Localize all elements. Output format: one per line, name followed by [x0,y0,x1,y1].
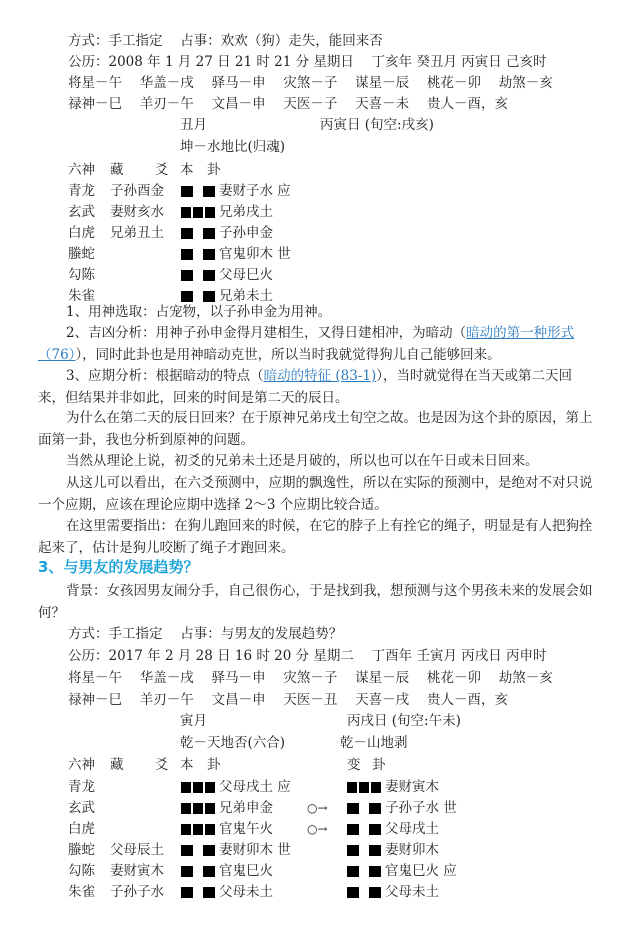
hidden-cell: 兄弟丑土 [110,223,164,243]
yao-label: 兄弟申金 [219,798,273,818]
case2-day: 丙戌日 (旬空:午未) [347,711,461,731]
bian-yao-label: 父母未土 [385,882,439,902]
header-yao: 爻 [155,160,169,180]
yao-label: 妻财卯木 世 [219,840,291,860]
header-gua: 卦 [207,755,221,775]
case1-stars-line2: 禄神－巳 羊刃－午 文昌－申 天医－子 天喜－未 贵人－酉，亥 [68,94,508,114]
hidden-cell: 妻财亥水 [110,202,164,222]
case2-method-line: 方式：手工指定 占事：与男友的发展趋势？ [68,624,342,644]
header-yao: 爻 [155,755,169,775]
yao-label: 父母戌土 应 [219,777,291,797]
header-ben: 本 [180,755,194,775]
yin-line-icon [347,803,381,814]
paragraph-why-chen-day: 为什么在第二天的辰日回来？在于原神兄弟戌土旬空之故。也是因为这个卦的原因，第上面… [38,408,598,451]
liushen-cell: 朱雀 [68,882,95,902]
yin-line-icon [347,824,381,835]
yin-line-icon [347,845,381,856]
yao-label: 父母未土 [219,882,273,902]
link-andong-feature[interactable]: 暗动的特征 (83-1) [264,368,377,384]
bian-yao-label: 子孙子水 世 [385,798,457,818]
case2-stars-line1: 将星－午 华盖－戌 驿马－申 灾煞－子 谋星－辰 桃花－卯 劫煞－亥 [68,668,553,688]
bian-yao-label: 父母戌土 [385,819,439,839]
yin-line-icon [181,866,215,877]
hidden-cell: 父母辰土 [110,840,164,860]
paragraph-theory: 当然从理论上说，初爻的兄弟未土还是月破的，所以也可以在午日或未日回来。 [38,451,598,473]
yin-line-icon [181,291,215,302]
case1-stars-line1: 将星－午 华盖－戌 驿马－申 灾煞－子 谋星－辰 桃花－卯 劫煞－亥 [68,73,553,93]
case1-date-line: 公历：2008 年 1 月 27 日 21 时 21 分 星期日 丁亥年 癸丑月… [68,52,547,72]
liushen-cell: 螣蛇 [68,840,95,860]
hidden-cell: 子孙子水 [110,882,164,902]
case2-date-line: 公历：2017 年 2 月 28 日 16 时 20 分 星期二 丁酉年 壬寅月… [68,646,547,666]
analysis-jixiong-text-end: ），同时此卦也是用神暗动克世，所以当时我就觉得狗儿自己能够回来。 [75,347,500,363]
analysis-jixiong: 2、吉凶分析：用神子孙申金得月建相生，又得日建相冲，为暗动（暗动的第一种形式（7… [38,323,598,366]
yang-line-icon [181,207,215,218]
liushen-cell: 青龙 [68,181,95,201]
liushen-cell: 玄武 [68,798,95,818]
header-liushen: 六神 [68,160,95,180]
yao-label: 官鬼巳火 [219,861,273,881]
paragraph-yingqi-flexibility: 从这儿可以看出，在六爻预测中，应期的飘逸性，所以在实际的预测中，是绝对不对只说一… [38,473,598,516]
yang-line-icon [347,782,381,793]
yao-label: 子孙申金 [219,223,273,243]
liushen-cell: 白虎 [68,819,95,839]
case2-background: 背景：女孩因男友闹分手，自己很伤心，于是找到我，想预测与这个男孩未来的发展会如何… [38,581,598,624]
case2-bian-gua-name: 乾－山地剥 [340,733,408,753]
section-heading: 3、与男友的发展趋势？ [38,557,198,577]
case1-gua-name: 坤－水地比(归魂) [180,137,285,157]
bian-yao-label: 妻财寅木 [385,777,439,797]
yin-line-icon [181,186,215,197]
hidden-cell: 子孙酉金 [110,181,164,201]
case1-day: 丙寅日 (旬空:戌亥) [320,115,434,135]
analysis-yongshen: 1、用神选取：占宠物，以子孙申金为用神。 [38,302,598,324]
yao-label: 妻财子水 应 [219,181,291,201]
bian-yao-label: 妻财卯木 [385,840,439,860]
yang-line-icon [181,782,215,793]
header-bian: 变 [347,755,361,775]
case2-gua-name: 乾－天地否(六合) [180,733,285,753]
moving-yao-arrow-icon: ○→ [307,819,328,839]
paragraph-note-rope: 在这里需要指出：在狗儿跑回来的时候，在它的脖子上有拴它的绳子，明显是有人把狗拴起… [38,516,598,559]
liushen-cell: 勾陈 [68,861,95,881]
liushen-cell: 玄武 [68,202,95,222]
yin-line-icon [181,887,215,898]
liushen-cell: 螣蛇 [68,244,95,264]
case1-month: 丑月 [180,115,207,135]
liushen-cell: 青龙 [68,777,95,797]
case2-month: 寅月 [180,711,207,731]
header-liushen: 六神 [68,755,95,775]
liushen-cell: 勾陈 [68,265,95,285]
yang-line-icon [181,824,215,835]
header-gua: 卦 [207,160,221,180]
moving-yao-arrow-icon: ○→ [307,798,328,818]
header-cang: 藏 [110,755,124,775]
hidden-cell: 妻财寅木 [110,861,164,881]
yin-line-icon [181,249,215,260]
yao-label: 官鬼午火 [219,819,273,839]
analysis-yingqi: 3、应期分析：根据暗动的特点（暗动的特征 (83-1)），当时就觉得在当天或第二… [38,366,598,409]
yao-label: 兄弟戌土 [219,202,273,222]
header-cang: 藏 [110,160,124,180]
bian-yao-label: 官鬼巳火 应 [385,861,457,881]
yao-label: 官鬼卯木 世 [219,244,291,264]
case2-stars-line2: 禄神－巳 羊刃－午 文昌－申 天医－丑 天喜－戌 贵人－酉，亥 [68,690,508,710]
yang-line-icon [181,803,215,814]
liushen-cell: 白虎 [68,223,95,243]
yao-label: 父母巳火 [219,265,273,285]
yin-line-icon [347,887,381,898]
yin-line-icon [181,845,215,856]
yin-line-icon [181,228,215,239]
header-ben: 本 [180,160,194,180]
analysis-jixiong-text: 2、吉凶分析：用神子孙申金得月建相生，又得日建相冲，为暗动（ [66,325,466,341]
header-gua2: 卦 [372,755,386,775]
yin-line-icon [347,866,381,877]
case1-method-line: 方式：手工指定 占事：欢欢（狗）走失，能回来否 [68,31,383,51]
yin-line-icon [181,270,215,281]
analysis-yingqi-text: 3、应期分析：根据暗动的特点（ [66,368,264,384]
